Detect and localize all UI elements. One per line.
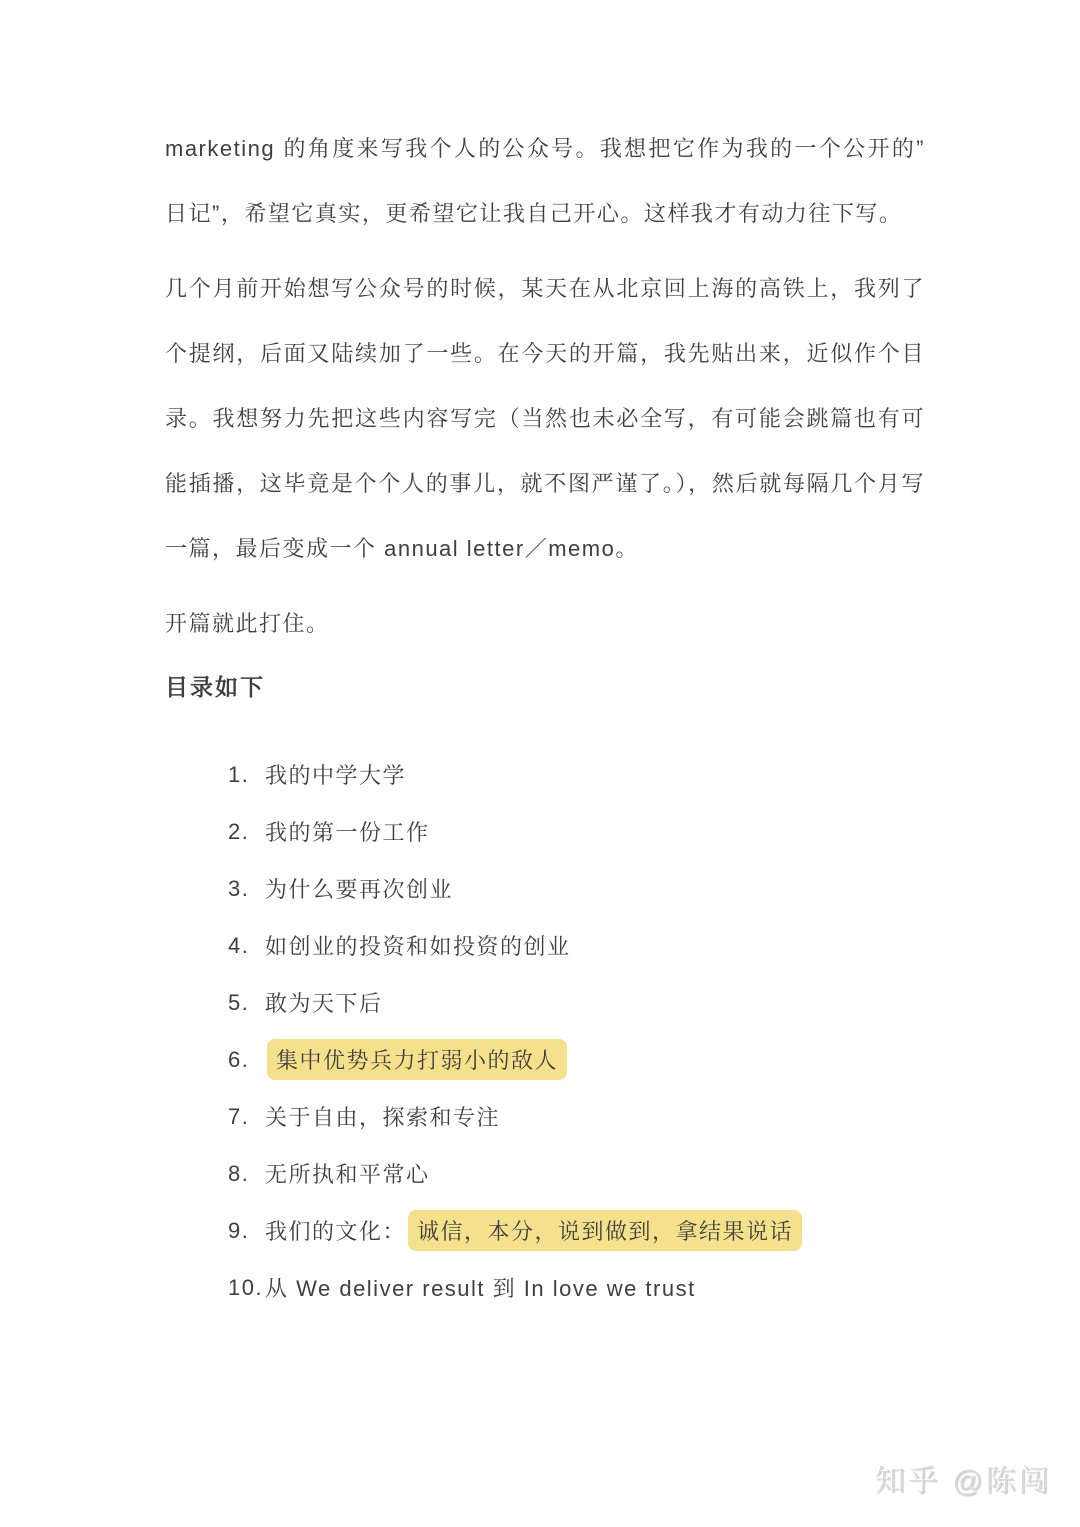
toc-item-label: 从 We deliver result 到 In love we trust xyxy=(265,1272,696,1303)
toc-list: 1.我的中学大学2.我的第一份工作3.为什么要再次创业4.如创业的投资和如投资的… xyxy=(165,746,925,1316)
article-body: marketing 的角度来写我个人的公众号。我想把它作为我的一个公开的”日记”… xyxy=(165,116,925,1316)
paragraph-2: 几个月前开始想写公众号的时候，某天在从北京回上海的高铁上，我列了个提纲，后面又陆… xyxy=(165,256,925,581)
watermark: 知乎 @陈闯 xyxy=(875,1456,1052,1500)
toc-item-label: 我们的文化： xyxy=(265,1215,406,1246)
toc-item: 6.集中优势兵力打弱小的敌人 xyxy=(165,1031,925,1088)
paragraph-1: marketing 的角度来写我个人的公众号。我想把它作为我的一个公开的”日记”… xyxy=(165,116,925,246)
toc-item: 4.如创业的投资和如投资的创业 xyxy=(165,917,925,974)
toc-item-label: 为什么要再次创业 xyxy=(265,873,453,904)
toc-item: 5.敢为天下后 xyxy=(165,974,925,1031)
paragraph-3: 开篇就此打住。 xyxy=(165,591,925,656)
toc-item: 1.我的中学大学 xyxy=(165,746,925,803)
toc-item-label: 如创业的投资和如投资的创业 xyxy=(265,930,571,961)
toc-item-number: 4. xyxy=(228,933,265,959)
toc-item-number: 2. xyxy=(228,819,265,845)
toc-item: 8.无所执和平常心 xyxy=(165,1145,925,1202)
toc-item: 9.我们的文化：诚信，本分，说到做到，拿结果说话 xyxy=(165,1202,925,1259)
toc-item-label: 敢为天下后 xyxy=(265,987,383,1018)
toc-item-number: 3. xyxy=(228,876,265,902)
toc-item-number: 10. xyxy=(228,1275,265,1301)
toc-item: 7.关于自由，探索和专注 xyxy=(165,1088,925,1145)
toc-item: 2.我的第一份工作 xyxy=(165,803,925,860)
toc-item-number: 6. xyxy=(228,1047,265,1073)
toc-item-number: 5. xyxy=(228,990,265,1016)
toc-item-label: 关于自由，探索和专注 xyxy=(265,1101,500,1132)
toc-item-number: 7. xyxy=(228,1104,265,1130)
document-page: marketing 的角度来写我个人的公众号。我想把它作为我的一个公开的”日记”… xyxy=(0,0,1080,1527)
toc-item-number: 8. xyxy=(228,1161,265,1187)
toc-heading: 目录如下 xyxy=(165,672,925,702)
toc-item-label: 我的第一份工作 xyxy=(265,816,430,847)
toc-item-number: 1. xyxy=(228,762,265,788)
toc-item: 3.为什么要再次创业 xyxy=(165,860,925,917)
toc-item-highlight: 集中优势兵力打弱小的敌人 xyxy=(267,1039,567,1080)
toc-item: 10.从 We deliver result 到 In love we trus… xyxy=(165,1259,925,1316)
toc-item-number: 9. xyxy=(228,1218,265,1244)
toc-item-label: 我的中学大学 xyxy=(265,759,406,790)
toc-item-highlight: 诚信，本分，说到做到，拿结果说话 xyxy=(408,1210,802,1251)
toc-item-label: 无所执和平常心 xyxy=(265,1158,430,1189)
